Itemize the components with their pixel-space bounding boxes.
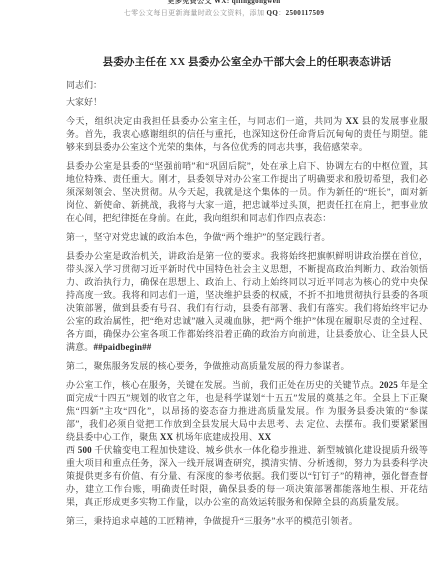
salutation: 同志们： [66, 79, 428, 92]
paragraph: 第一，坚守对党忠诚的政治本色，争做“两个维护”的坚定践行者。 [66, 231, 428, 244]
promo-line-1: 更多免费公文 WX: qilinggongwen [0, 0, 448, 6]
paragraph-list: 今天，组织决定由我担任县委办公室主任，与同志们一道，共同为 XX 县的发展事业服… [66, 115, 428, 528]
greeting: 大家好！ [66, 96, 428, 109]
promo-line-2: 七零公文每日更新海量时政公文资料，添加 QQ：2500117509 [0, 8, 448, 18]
promo-header: 更多免费公文 WX: qilinggongwen 七零公文每日更新海量时政公文资… [0, 0, 448, 18]
document-body: 县委办主任在 XX 县委办公室全办干部大会上的任职表态讲话 同志们： 大家好！ … [66, 56, 428, 534]
paragraph: 县委办公室是县委的“坚强前哨”和“巩固后院”，处在承上启下、协调左右的中枢位置，… [66, 160, 428, 225]
paragraph: 办公室工作，核心在服务，关键在发展。当前，我们正处在历史的关键节点。2025 年… [66, 379, 428, 509]
paragraph: 县委办公室是政治机关，讲政治是第一位的要求。我将始终把旗帜鲜明讲政治摆在首位，带… [66, 250, 428, 354]
document-title: 县委办主任在 XX 县委办公室全办干部大会上的任职表态讲话 [66, 56, 428, 70]
paragraph: 第二，聚焦服务发展的核心要务，争做推动高质量发展的得力参谋者。 [66, 360, 428, 373]
paragraph: 今天，组织决定由我担任县委办公室主任，与同志们一道，共同为 XX 县的发展事业服… [66, 115, 428, 154]
paragraph: 第三，秉持追求卓越的工匠精神，争做提升“三服务”水平的模范引领者。 [66, 515, 428, 528]
